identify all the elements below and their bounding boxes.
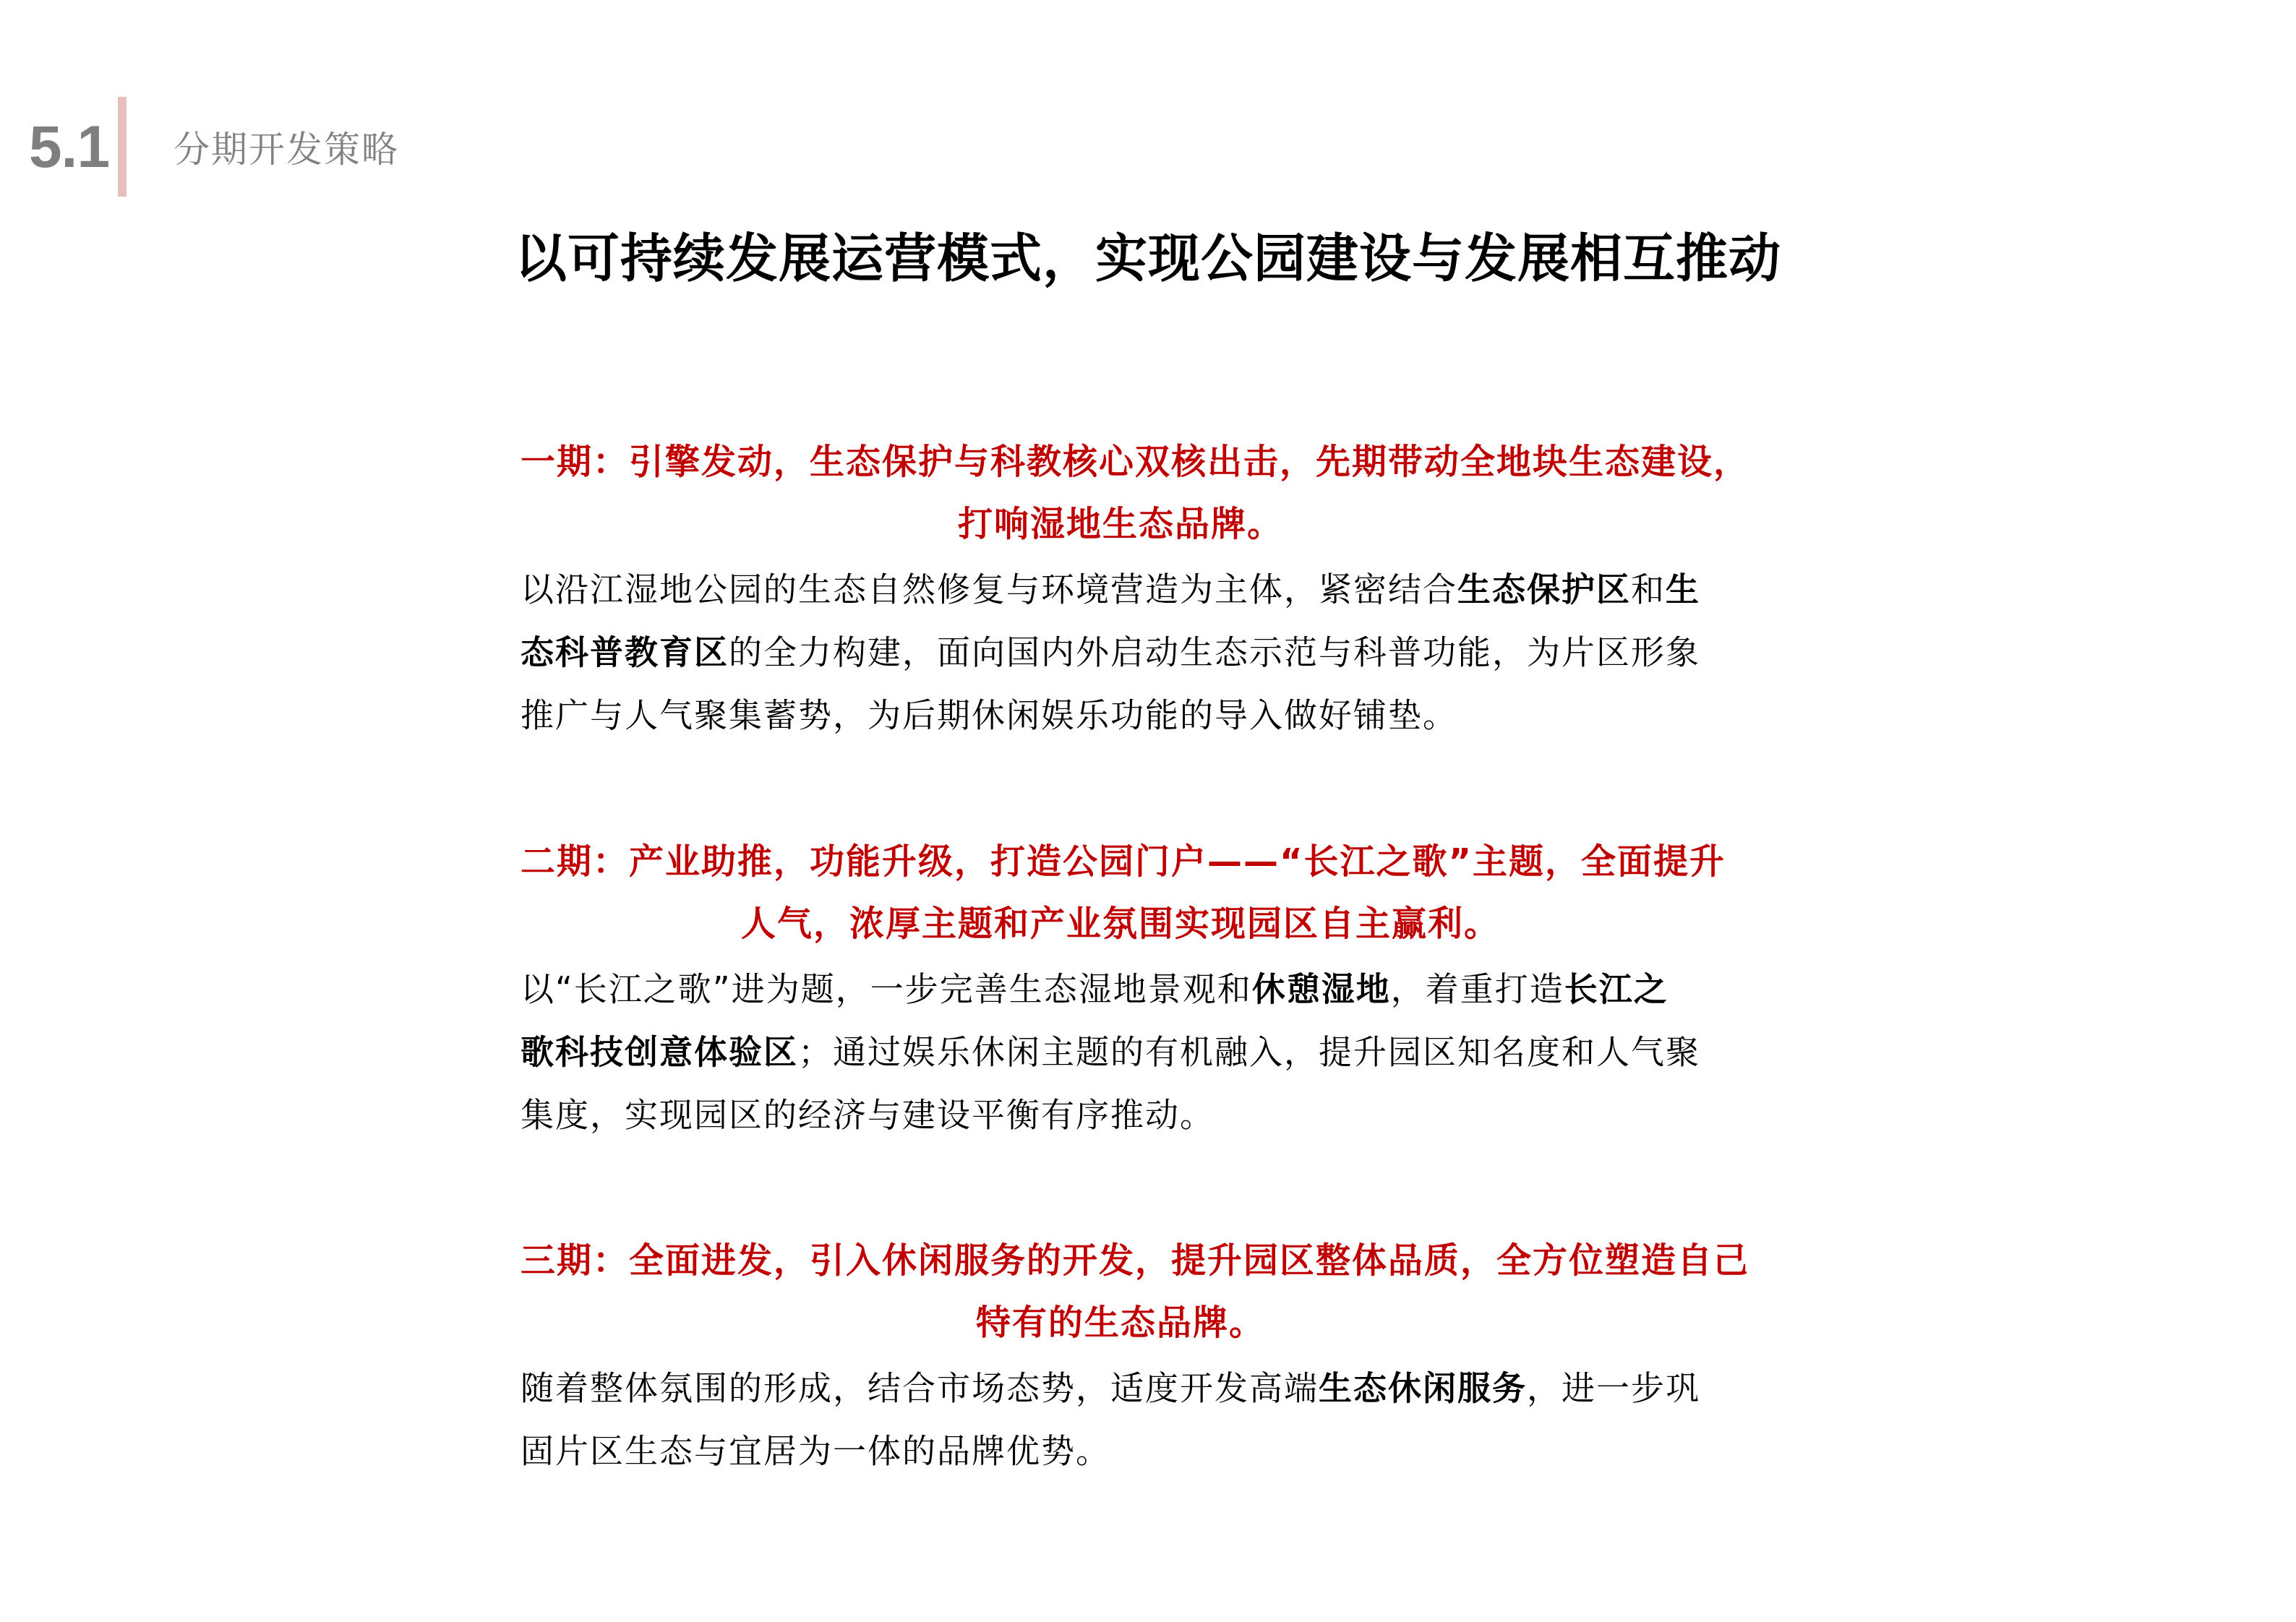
phase-2-body: 以“长江之歌”进为题，一步完善生态湿地景观和休憩湿地，着重打造长江之 歌科技创意… xyxy=(521,958,1721,1146)
body-bold-text: 生态保护区 xyxy=(1457,570,1631,609)
phase-3-body: 随着整体氛围的形成，结合市场态势，适度开发高端生态休闲服务，进一步巩 固片区生态… xyxy=(521,1357,1721,1482)
body-text: 集度，实现园区的经济与建设平衡有序推动。 xyxy=(521,1095,1215,1134)
body-bold-text: 歌科技创意体验区 xyxy=(521,1032,798,1071)
body-line: 态科普教育区的全力构建，面向国内外启动生态示范与科普功能，为片区形象 xyxy=(521,621,1721,684)
page-headline: 以可持续发展运营模式，实现公园建设与发展相互推动 xyxy=(0,226,2296,291)
phase-2-heading: 二期：产业助推，功能升级，打造公园门户——“长江之歌”主题，全面提升 人气，浓厚… xyxy=(521,831,1721,955)
body-text: 随着整体氛围的形成，结合市场态势，适度开发高端 xyxy=(521,1368,1319,1407)
body-line: 集度，实现园区的经济与建设平衡有序推动。 xyxy=(521,1084,1721,1146)
phase-3-block: 三期：全面进发，引入休闲服务的开发，提升园区整体品质，全方位塑造自己 特有的生态… xyxy=(521,1230,1721,1482)
body-line: 以“长江之歌”进为题，一步完善生态湿地景观和休憩湿地，着重打造长江之 xyxy=(521,958,1721,1021)
phase-heading-line: 三期：全面进发，引入休闲服务的开发，提升园区整体品质，全方位塑造自己 xyxy=(521,1230,1721,1292)
phase-heading-line: 打响湿地生态品牌。 xyxy=(521,493,1721,555)
phase-1-block: 一期：引擎发动，生态保护与科教核心双核出击，先期带动全地块生态建设， 打响湿地生… xyxy=(521,431,1721,747)
body-text: 的全力构建，面向国内外启动生态示范与科普功能，为片区形象 xyxy=(729,632,1700,671)
body-bold-text: 休憩湿地 xyxy=(1252,969,1391,1008)
body-text: ，进一步巩 xyxy=(1527,1368,1700,1407)
body-bold-text: 生 xyxy=(1666,570,1700,609)
phase-heading-line: 特有的生态品牌。 xyxy=(521,1292,1721,1354)
phase-heading-line: 人气，浓厚主题和产业氛围实现园区自主赢利。 xyxy=(521,893,1721,955)
body-line: 以沿江湿地公园的生态自然修复与环境营造为主体，紧密结合生态保护区和生 xyxy=(521,558,1721,621)
body-bold-text: 长江之 xyxy=(1564,969,1669,1008)
phase-1-body: 以沿江湿地公园的生态自然修复与环境营造为主体，紧密结合生态保护区和生 态科普教育… xyxy=(521,558,1721,747)
phase-2-block: 二期：产业助推，功能升级，打造公园门户——“长江之歌”主题，全面提升 人气，浓厚… xyxy=(521,831,1721,1146)
phase-1-heading: 一期：引擎发动，生态保护与科教核心双核出击，先期带动全地块生态建设， 打响湿地生… xyxy=(521,431,1721,555)
phase-heading-line: 一期：引擎发动，生态保护与科教核心双核出击，先期带动全地块生态建设， xyxy=(521,431,1721,493)
body-text: 以“长江之歌”进为题，一步完善生态湿地景观和 xyxy=(521,969,1252,1008)
body-text: 固片区生态与宜居为一体的品牌优势。 xyxy=(521,1431,1110,1470)
body-line: 推广与人气聚集蓄势，为后期休闲娱乐功能的导入做好铺垫。 xyxy=(521,684,1721,747)
body-text: 推广与人气聚集蓄势，为后期休闲娱乐功能的导入做好铺垫。 xyxy=(521,695,1457,734)
body-text: 和 xyxy=(1631,570,1666,609)
section-accent-bar xyxy=(118,97,127,197)
phase-heading-line: 二期：产业助推，功能升级，打造公园门户——“长江之歌”主题，全面提升 xyxy=(521,831,1721,893)
body-line: 随着整体氛围的形成，结合市场态势，适度开发高端生态休闲服务，进一步巩 xyxy=(521,1357,1721,1420)
body-text: 以沿江湿地公园的生态自然修复与环境营造为主体，紧密结合 xyxy=(521,570,1457,609)
phase-3-heading: 三期：全面进发，引入休闲服务的开发，提升园区整体品质，全方位塑造自己 特有的生态… xyxy=(521,1230,1721,1354)
section-title: 分期开发策略 xyxy=(174,127,399,172)
body-text: ；通过娱乐休闲主题的有机融入，提升园区知名度和人气聚 xyxy=(798,1032,1700,1071)
body-bold-text: 生态休闲服务 xyxy=(1319,1368,1527,1407)
body-line: 歌科技创意体验区；通过娱乐休闲主题的有机融入，提升园区知名度和人气聚 xyxy=(521,1021,1721,1084)
section-number: 5.1 xyxy=(29,113,109,182)
body-text: ，着重打造 xyxy=(1391,969,1564,1008)
body-line: 固片区生态与宜居为一体的品牌优势。 xyxy=(521,1420,1721,1482)
body-bold-text: 态科普教育区 xyxy=(521,632,729,671)
